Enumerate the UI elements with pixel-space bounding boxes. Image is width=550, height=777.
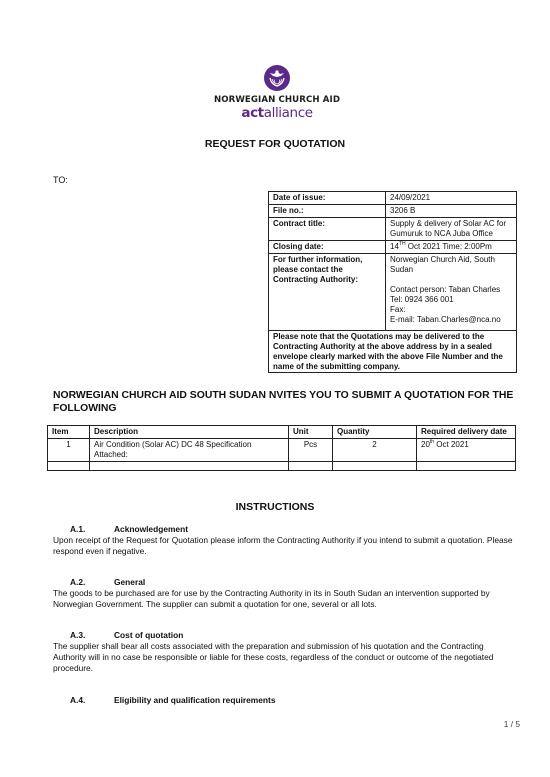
section-number: A.2. xyxy=(70,577,114,587)
section-title: Eligibility and qualification requiremen… xyxy=(114,695,275,705)
section-heading-a2: A.2.General xyxy=(70,577,145,587)
section-title: General xyxy=(114,577,145,587)
note-row: Please note that the Quotations may be d… xyxy=(269,331,517,373)
delivery-date-rest: Oct 2021 xyxy=(434,440,469,449)
col-unit-header: Unit xyxy=(289,426,333,439)
closing-date-row: Closing date: 14TH Oct 2021 Time: 2:00Pm xyxy=(269,241,517,254)
col-delivery-date-header: Required delivery date xyxy=(417,426,516,439)
section-heading-a3: A.3.Cost of quotation xyxy=(70,630,183,640)
section-number: A.1. xyxy=(70,524,114,534)
item-number: 1 xyxy=(48,439,90,462)
date-of-issue-value: 24/09/2021 xyxy=(386,192,517,205)
contract-title-row: Contract title: Supply & delivery of Sol… xyxy=(269,218,517,241)
closing-date-rest: Oct 2021 Time: 2:00Pm xyxy=(406,242,492,251)
closing-day: 14 xyxy=(390,242,399,251)
section-body-a3: The supplier shall bear all costs associ… xyxy=(53,641,513,674)
rfq-info-table: Date of issue: 24/09/2021 File no.: 3206… xyxy=(268,191,517,373)
col-description-header: Description xyxy=(90,426,289,439)
logo-act-prefix: act xyxy=(241,105,263,121)
section-title: Cost of quotation xyxy=(114,630,183,640)
contract-title-value: Supply & delivery of Solar AC for Gumuru… xyxy=(386,218,517,241)
contact-person: Contact person: Taban Charles xyxy=(390,285,513,295)
section-body-a2: The goods to be purchased are for use by… xyxy=(53,588,513,610)
file-no-label: File no.: xyxy=(269,205,386,218)
item-description: Air Condition (Solar AC) DC 48 Specifica… xyxy=(90,439,289,462)
date-of-issue-label: Date of issue: xyxy=(269,192,386,205)
closing-day-suffix: TH xyxy=(399,241,406,247)
file-no-row: File no.: 3206 B xyxy=(269,205,517,218)
closing-date-value: 14TH Oct 2021 Time: 2:00Pm xyxy=(386,241,517,254)
section-heading-a4: A.4.Eligibility and qualification requir… xyxy=(70,695,275,705)
instructions-title: INSTRUCTIONS xyxy=(0,501,550,513)
document-title: REQUEST FOR QUOTATION xyxy=(0,138,550,150)
contact-row: For further information, please contact … xyxy=(269,254,517,331)
contact-org: Norwegian Church Aid, South Sudan xyxy=(390,255,513,275)
section-heading-a1: A.1.Acknowledgement xyxy=(70,524,188,534)
contract-title-label: Contract title: xyxy=(269,218,386,241)
closing-date-label: Closing date: xyxy=(269,241,386,254)
page-indicator: 1 / 5 xyxy=(460,719,520,729)
table-row: 1 Air Condition (Solar AC) DC 48 Specifi… xyxy=(48,439,516,462)
items-table: Item Description Unit Quantity Required … xyxy=(47,425,516,471)
contact-value: Norwegian Church Aid, South Sudan Contac… xyxy=(386,254,517,331)
to-label: TO: xyxy=(53,175,68,185)
section-body-a1: Upon receipt of the Request for Quotatio… xyxy=(53,535,513,557)
contact-label: For further information, please contact … xyxy=(269,254,386,331)
logo-alliance-suffix: alliance xyxy=(264,105,313,121)
items-header-row: Item Description Unit Quantity Required … xyxy=(48,426,516,439)
col-item-header: Item xyxy=(48,426,90,439)
file-no-value: 3206 B xyxy=(386,205,517,218)
org-logo-name: NORWEGIAN CHURCH AID xyxy=(190,95,364,105)
dove-hands-icon xyxy=(264,65,290,91)
delivery-day: 20 xyxy=(421,440,430,449)
section-title: Acknowledgement xyxy=(114,524,188,534)
contact-fax: Fax: xyxy=(390,305,513,315)
section-number: A.3. xyxy=(70,630,114,640)
actalliance-logo: actalliance xyxy=(190,105,364,121)
item-delivery-date: 20th Oct 2021 xyxy=(417,439,516,462)
contact-tel: Tel: 0924 366 001 xyxy=(390,295,513,305)
table-row-empty xyxy=(48,462,516,471)
submission-note: Please note that the Quotations may be d… xyxy=(269,331,517,373)
col-quantity-header: Quantity xyxy=(333,426,417,439)
item-quantity: 2 xyxy=(333,439,417,462)
item-unit: Pcs xyxy=(289,439,333,462)
section-number: A.4. xyxy=(70,695,114,705)
date-of-issue-row: Date of issue: 24/09/2021 xyxy=(269,192,517,205)
contact-email: E-mail: Taban.Charles@nca.no xyxy=(390,315,513,325)
invitation-heading: NORWEGIAN CHURCH AID SOUTH SUDAN NVITES … xyxy=(53,390,518,415)
